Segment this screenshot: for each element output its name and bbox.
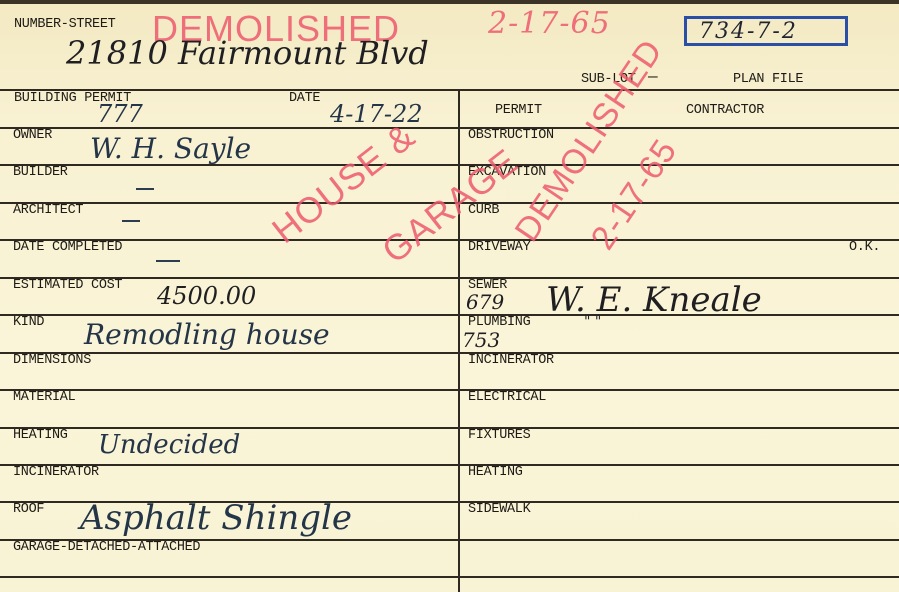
- fixtures-label: FIXTURES: [468, 429, 530, 443]
- heating-right-label: HEATING: [468, 466, 523, 480]
- material-label: MATERIAL: [13, 391, 75, 405]
- incinerator-right-label: INCINERATOR: [468, 354, 554, 368]
- address-value: 21810 Fairmount Blvd: [66, 34, 429, 72]
- row-rule: [0, 314, 899, 316]
- row-rule: [0, 239, 899, 241]
- driveway-label: DRIVEWAY: [468, 241, 530, 255]
- kind-label: KIND: [13, 316, 44, 330]
- date-completed-label: DATE COMPLETED: [13, 241, 122, 255]
- heating-label: HEATING: [13, 429, 68, 443]
- file-number: 734-7-2: [699, 19, 798, 44]
- estimated-cost-label: ESTIMATED COST: [13, 279, 122, 293]
- sewer-permit-value: 679: [466, 290, 504, 314]
- plan-file-label: PLAN FILE: [733, 73, 803, 87]
- plumbing-contractor-ditto: " ": [584, 314, 601, 330]
- dimensions-label: DIMENSIONS: [13, 354, 91, 368]
- owner-value: W. H. Sayle: [90, 132, 251, 165]
- garage-label: GARAGE-DETACHED-ATTACHED: [13, 541, 200, 555]
- demolished-date: 2-17-65: [488, 6, 611, 41]
- heating-value: Undecided: [98, 430, 240, 460]
- driveway-contractor-value: O.K.: [849, 241, 880, 255]
- permit-column-header: PERMIT: [495, 104, 542, 118]
- estimated-cost-value: 4500.00: [157, 282, 256, 310]
- incinerator-label: INCINERATOR: [13, 466, 99, 480]
- obstruction-label: OBSTRUCTION: [468, 129, 554, 143]
- sewer-contractor-value: W. E. Kneale: [546, 280, 762, 320]
- date-label: DATE: [289, 92, 320, 106]
- number-street-label: NUMBER-STREET: [14, 18, 115, 32]
- card-top-edge: [0, 0, 899, 4]
- file-number-box: 734-7-2: [684, 16, 848, 46]
- row-rule: [0, 89, 899, 91]
- sidewalk-label: SIDEWALK: [468, 503, 530, 517]
- row-rule: [0, 389, 899, 391]
- row-rule: [0, 277, 899, 279]
- roof-label: ROOF: [13, 503, 44, 517]
- owner-label: OWNER: [13, 129, 52, 143]
- plumbing-permit-value: 753: [462, 328, 500, 352]
- date-value: 4-17-22: [330, 100, 423, 128]
- builder-value-dash: [136, 188, 154, 190]
- permit-card: NUMBER-STREET DEMOLISHED 2-17-65 21810 F…: [0, 0, 899, 592]
- building-permit-value: 777: [97, 100, 143, 128]
- contractor-column-header: CONTRACTOR: [686, 104, 764, 118]
- row-rule: [0, 576, 899, 578]
- row-rule: [0, 352, 899, 354]
- architect-label: ARCHITECT: [13, 204, 83, 218]
- kind-value: Remodling house: [84, 318, 330, 351]
- architect-value-dash: [122, 220, 140, 222]
- date-completed-value-dash: [156, 260, 180, 262]
- builder-label: BUILDER: [13, 166, 68, 180]
- electrical-label: ELECTRICAL: [468, 391, 546, 405]
- roof-value: Asphalt Shingle: [80, 498, 352, 538]
- row-rule: [0, 464, 899, 466]
- column-divider: [458, 90, 460, 592]
- row-rule: [0, 427, 899, 429]
